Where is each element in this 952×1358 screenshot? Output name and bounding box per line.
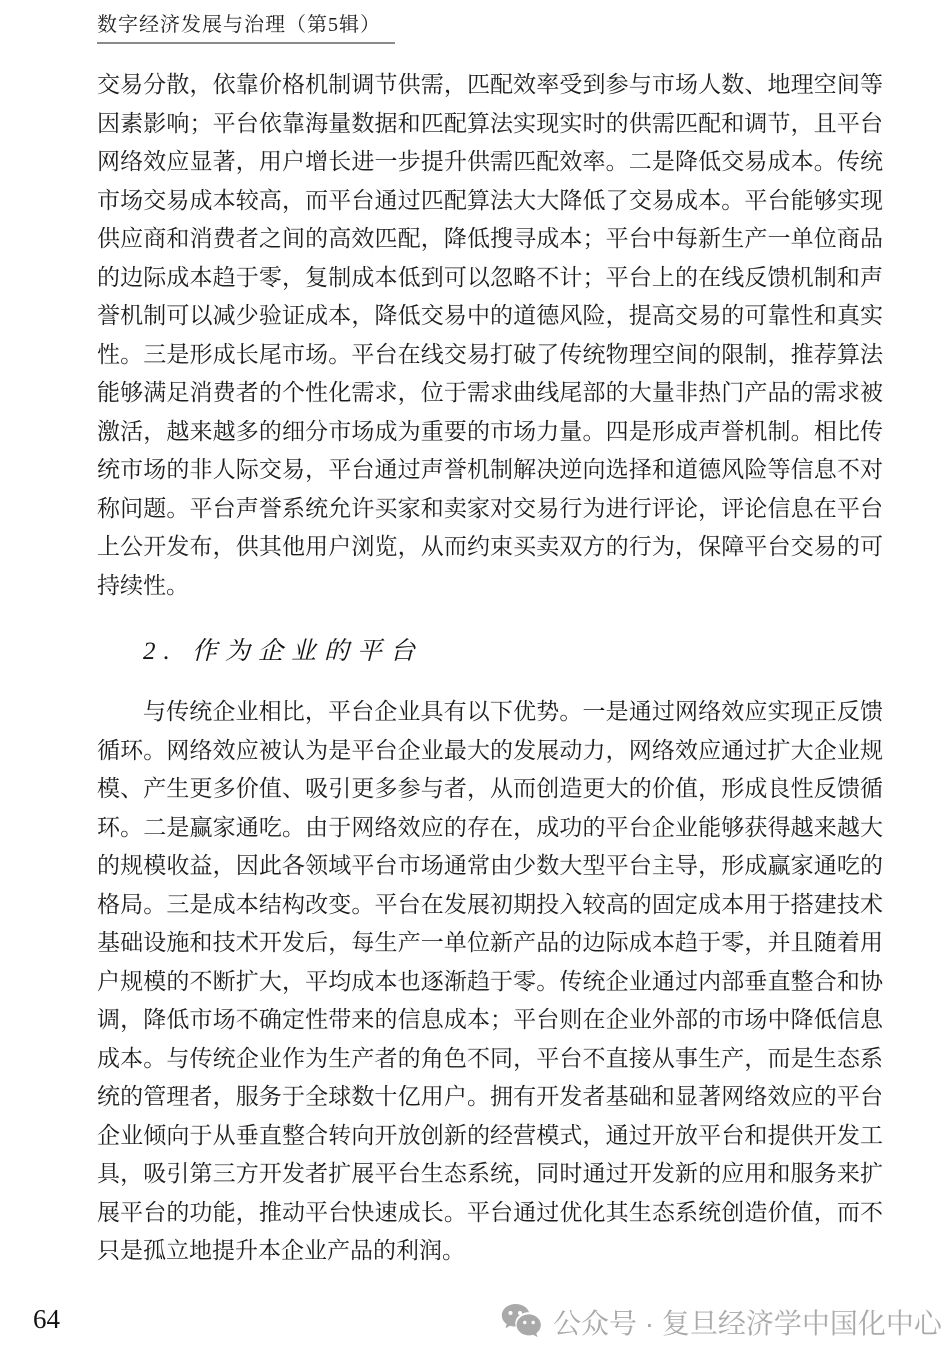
watermark-text: 公众号 · 复旦经济学中国化中心 xyxy=(553,1302,942,1342)
page-header: 数字经济发展与治理（第5辑） xyxy=(97,8,395,44)
page-number: 64 xyxy=(33,1304,60,1335)
section-heading-2: 2. 作为企业的平台 xyxy=(143,631,883,667)
body-paragraph-2: 与传统企业相比，平台企业具有以下优势。一是通过网络效应实现正反馈循环。网络效应被… xyxy=(97,693,883,1271)
running-head-title: 数字经济发展与治理（第5辑） xyxy=(97,8,395,44)
watermark: 公众号 · 复旦经济学中国化中心 xyxy=(500,1302,942,1342)
document-page: 数字经济发展与治理（第5辑） 交易分散，依靠价格机制调节供需，匹配效率受到参与市… xyxy=(0,0,952,1358)
body-paragraph-1: 交易分散，依靠价格机制调节供需，匹配效率受到参与市场人数、地理空间等因素影响；平… xyxy=(97,66,883,605)
page-footer: 64 公众号 · 复旦经济学中国化中心 xyxy=(0,1288,952,1358)
page-body: 交易分散，依靠价格机制调节供需，匹配效率受到参与市场人数、地理空间等因素影响；平… xyxy=(97,66,883,1271)
wechat-icon xyxy=(500,1302,544,1342)
